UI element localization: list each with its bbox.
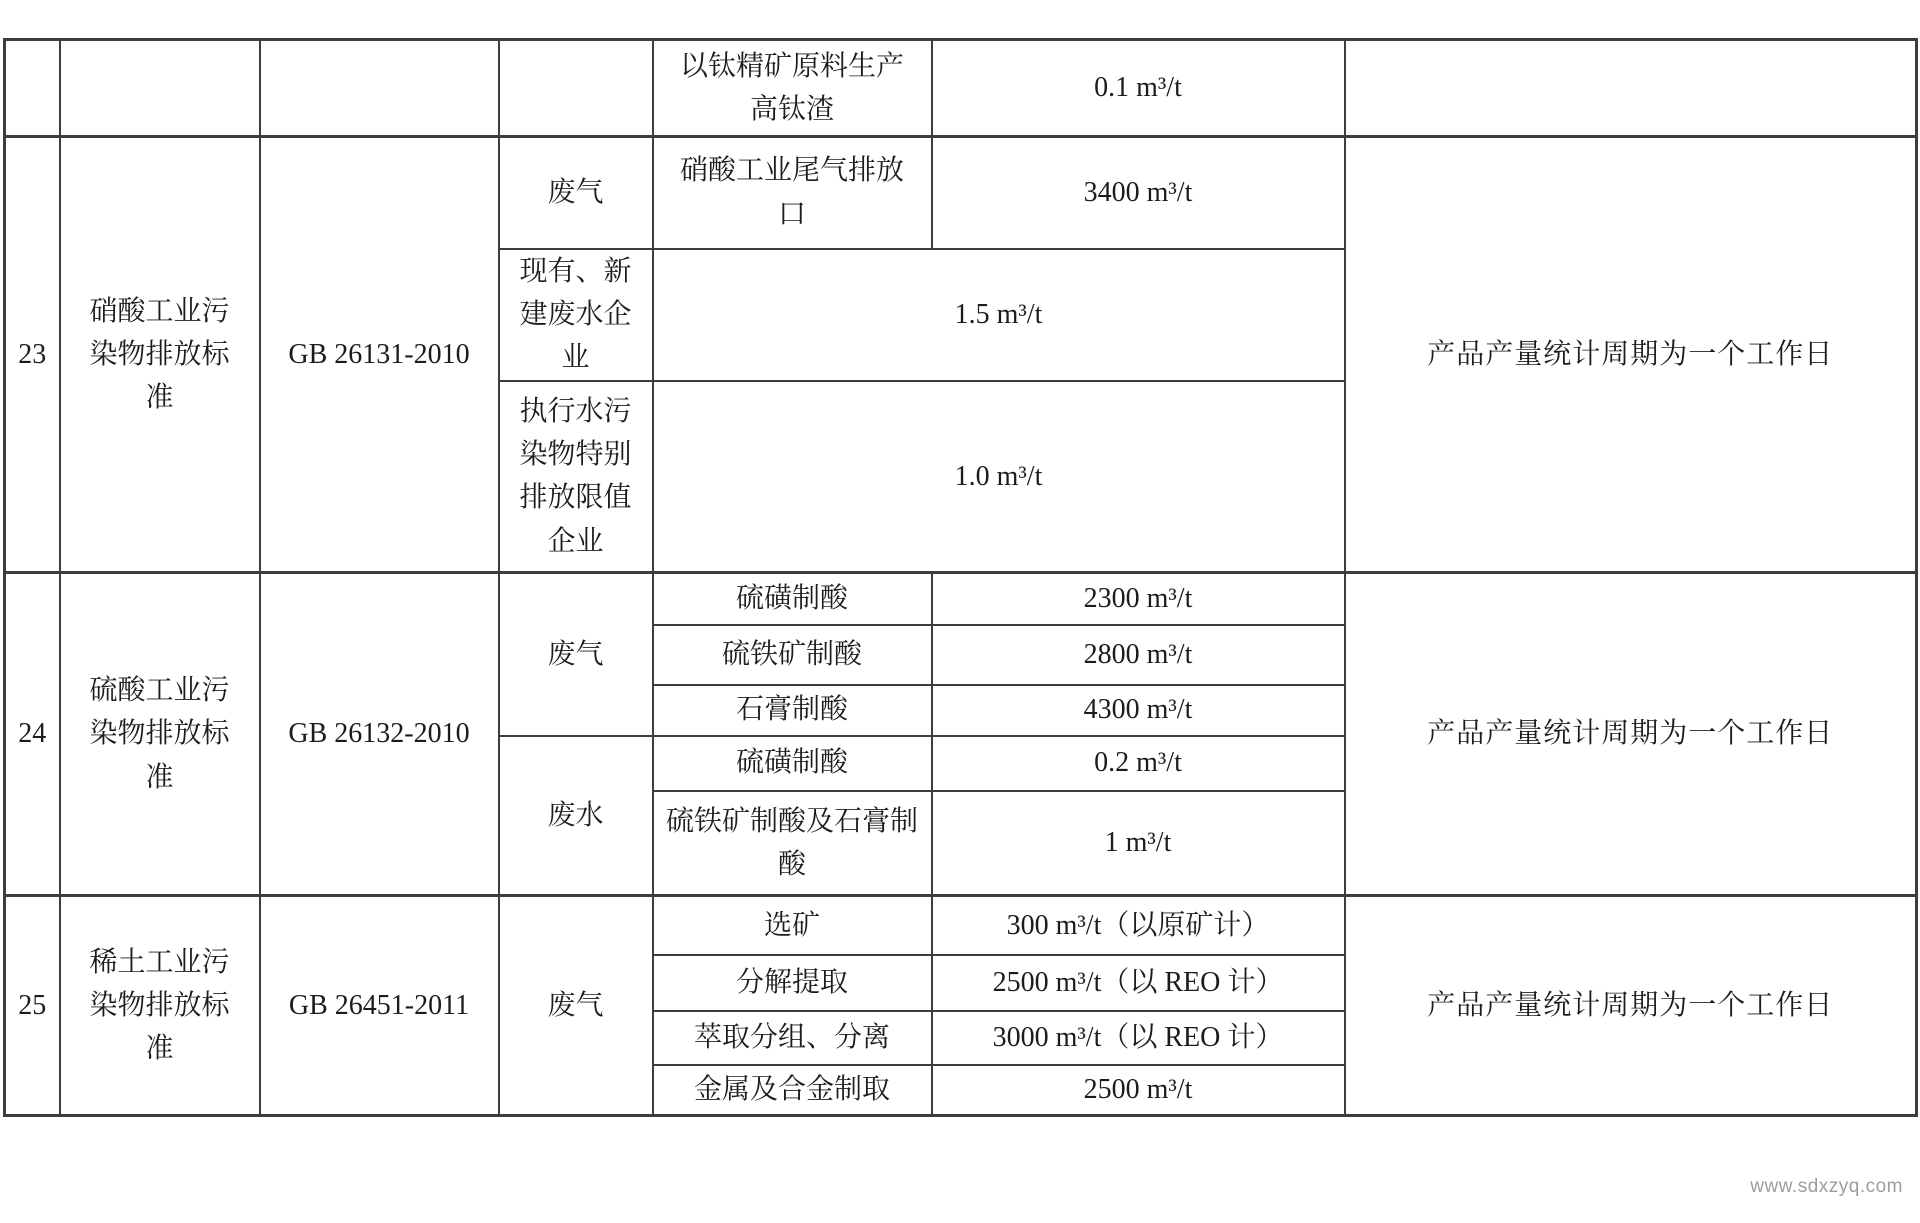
standard-code-cell: GB 26132-2010 <box>260 573 499 896</box>
standard-name-cell <box>60 40 260 137</box>
process-cell: 硫磺制酸 <box>653 736 932 791</box>
table-row: 25 稀土工业污 染物排放标 准 GB 26451-2011 废气 选矿 300… <box>5 896 1917 955</box>
category-cell: 废气 <box>499 573 653 736</box>
process-cell: 萃取分组、分离 <box>653 1011 932 1065</box>
standards-table: 以钛精矿原料生产 高钛渣 0.1 m³/t 23 硝酸工业污 染物排放标 准 G… <box>3 38 1918 1117</box>
note-cell: 产品产量统计周期为一个工作日 <box>1345 137 1917 573</box>
process-cell: 以钛精矿原料生产 高钛渣 <box>653 40 932 137</box>
row-number-cell <box>5 40 60 137</box>
standard-code-cell: GB 26131-2010 <box>260 137 499 573</box>
process-cell: 分解提取 <box>653 955 932 1011</box>
limit-value-cell: 1.5 m³/t <box>653 249 1345 381</box>
limit-value-cell: 2300 m³/t <box>932 573 1345 625</box>
process-cell: 硫磺制酸 <box>653 573 932 625</box>
row-number-cell: 25 <box>5 896 60 1116</box>
process-cell: 选矿 <box>653 896 932 955</box>
note-cell <box>1345 40 1917 137</box>
site-watermark: www.sdxzyq.com <box>1750 1176 1903 1198</box>
limit-value-cell: 3000 m³/t（以 REO 计） <box>932 1011 1345 1065</box>
table-row: 24 硫酸工业污 染物排放标 准 GB 26132-2010 废气 硫磺制酸 2… <box>5 573 1917 625</box>
limit-value-cell: 1 m³/t <box>932 791 1345 896</box>
process-cell: 硝酸工业尾气排放 口 <box>653 137 932 249</box>
limit-value-cell: 0.2 m³/t <box>932 736 1345 791</box>
standard-name-cell: 硫酸工业污 染物排放标 准 <box>60 573 260 896</box>
process-cell: 金属及合金制取 <box>653 1065 932 1116</box>
row-number-cell: 24 <box>5 573 60 896</box>
limit-value-cell: 2500 m³/t <box>932 1065 1345 1116</box>
limit-value-cell: 0.1 m³/t <box>932 40 1345 137</box>
process-cell: 硫铁矿制酸 <box>653 625 932 685</box>
limit-value-cell: 2500 m³/t（以 REO 计） <box>932 955 1345 1011</box>
limit-value-cell: 300 m³/t（以原矿计） <box>932 896 1345 955</box>
category-cell: 废气 <box>499 896 653 1116</box>
process-cell: 石膏制酸 <box>653 685 932 736</box>
process-cell: 硫铁矿制酸及石膏制 酸 <box>653 791 932 896</box>
table-row: 以钛精矿原料生产 高钛渣 0.1 m³/t <box>5 40 1917 137</box>
standard-code-cell: GB 26451-2011 <box>260 896 499 1116</box>
limit-value-cell: 1.0 m³/t <box>653 381 1345 573</box>
limit-value-cell: 2800 m³/t <box>932 625 1345 685</box>
note-cell: 产品产量统计周期为一个工作日 <box>1345 896 1917 1116</box>
category-cell <box>499 40 653 137</box>
category-cell: 废气 <box>499 137 653 249</box>
category-cell: 废水 <box>499 736 653 896</box>
limit-value-cell: 3400 m³/t <box>932 137 1345 249</box>
standard-name-cell: 稀土工业污 染物排放标 准 <box>60 896 260 1116</box>
limit-value-cell: 4300 m³/t <box>932 685 1345 736</box>
standard-code-cell <box>260 40 499 137</box>
category-cell: 执行水污 染物特别 排放限值 企业 <box>499 381 653 573</box>
table-row: 23 硝酸工业污 染物排放标 准 GB 26131-2010 废气 硝酸工业尾气… <box>5 137 1917 249</box>
note-cell: 产品产量统计周期为一个工作日 <box>1345 573 1917 896</box>
standard-name-cell: 硝酸工业污 染物排放标 准 <box>60 137 260 573</box>
category-cell: 现有、新 建废水企 业 <box>499 249 653 381</box>
row-number-cell: 23 <box>5 137 60 573</box>
